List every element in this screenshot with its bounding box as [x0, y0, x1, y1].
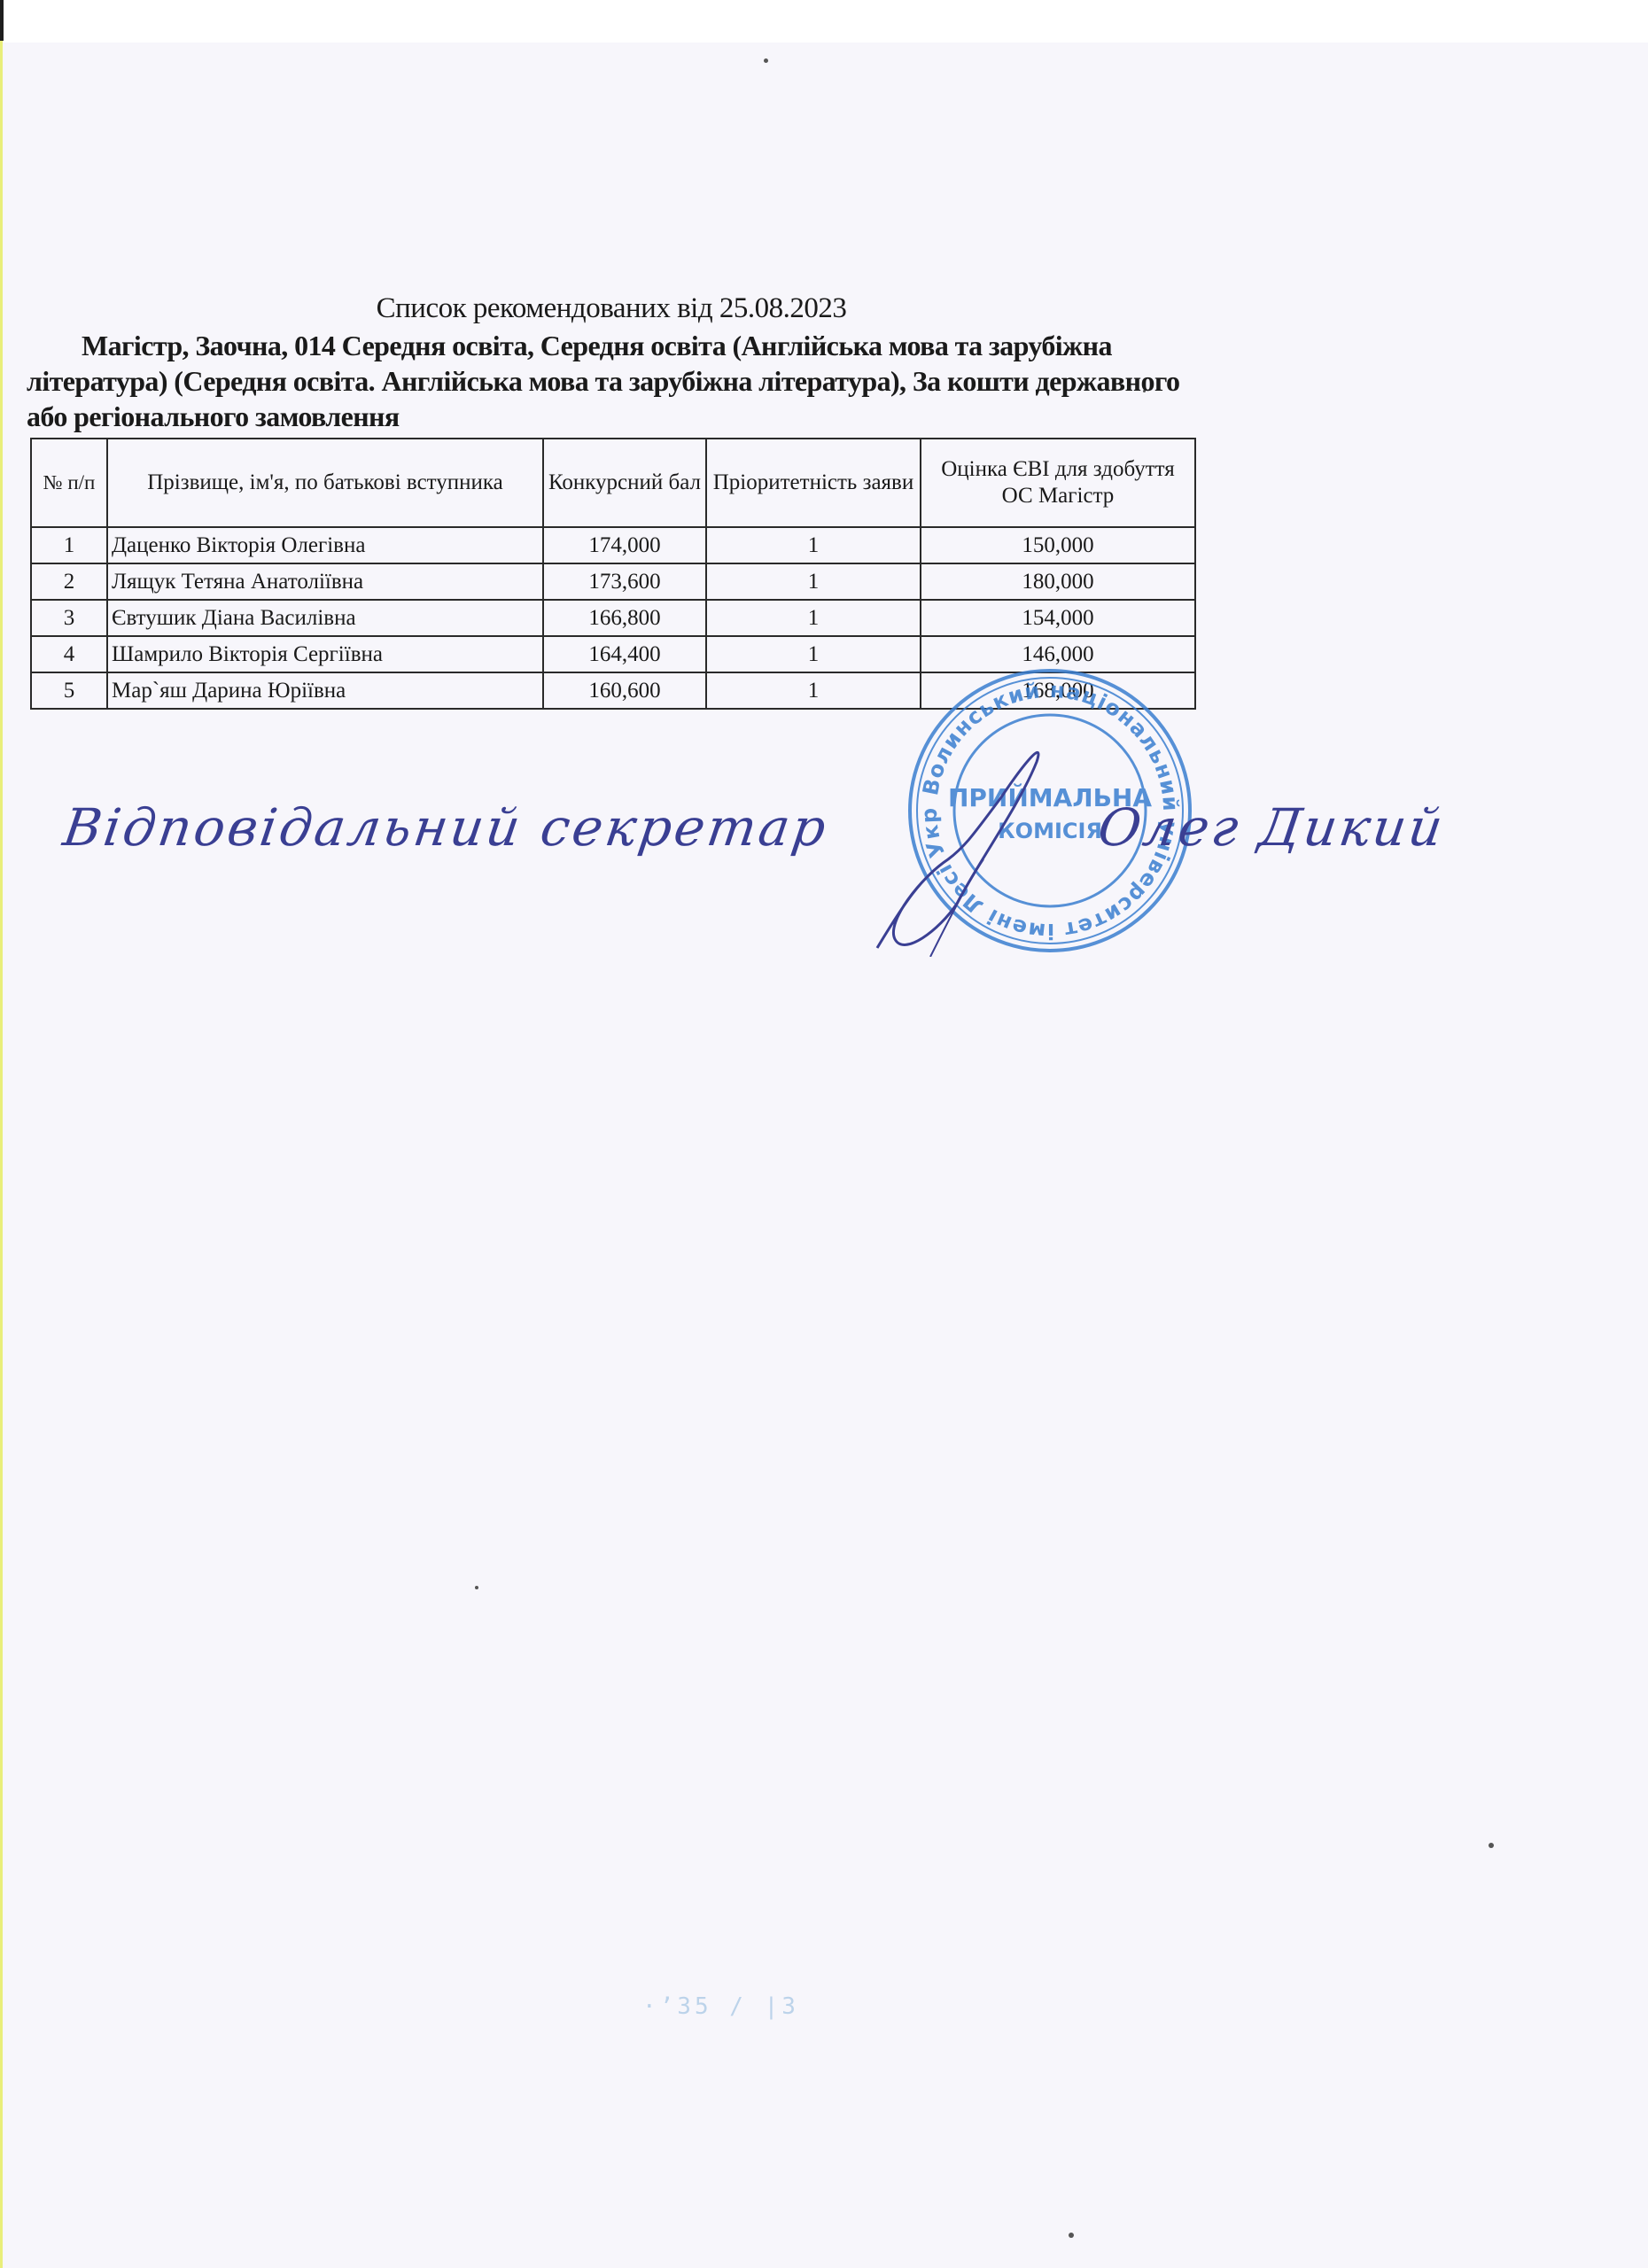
cell-name: Даценко Вікторія Олегівна [107, 527, 543, 563]
header-evi: Оцінка ЄВІ для здобуття ОС Магістр [921, 439, 1195, 527]
header-score: Конкурсний бал [543, 439, 706, 527]
cell-evi: 154,000 [921, 600, 1195, 636]
header-name: Прізвище, ім'я, по батькові вступника [107, 439, 543, 527]
cell-evi: 150,000 [921, 527, 1195, 563]
scan-speck [475, 1586, 478, 1589]
cell-score: 174,000 [543, 527, 706, 563]
table-row: 2 Лящук Тетяна Анатоліївна 173,600 1 180… [31, 563, 1195, 600]
cell-score: 166,800 [543, 600, 706, 636]
cell-name: Євтушик Діана Василівна [107, 600, 543, 636]
faint-ink-mark: ·ʼ35 ∕ |3 [642, 1993, 799, 2020]
cell-name: Лящук Тетяна Анатоліївна [107, 563, 543, 600]
cell-number: 3 [31, 600, 107, 636]
table-row: 3 Євтушик Діана Василівна 166,800 1 154,… [31, 600, 1195, 636]
signature-icon [868, 726, 1099, 957]
table-row: 1 Даценко Вікторія Олегівна 174,000 1 15… [31, 527, 1195, 563]
header-priority: Пріоритетність заяви [706, 439, 921, 527]
cell-priority: 1 [706, 636, 921, 672]
table-header-row: № п/п Прізвище, ім'я, по батькові вступн… [31, 439, 1195, 527]
scan-edge-highlight [0, 41, 3, 2268]
scan-speck [1069, 2233, 1074, 2238]
cell-evi: 180,000 [921, 563, 1195, 600]
cell-priority: 1 [706, 600, 921, 636]
document-subtitle: Магістр, Заочна, 014 Середня освіта, Сер… [27, 328, 1196, 434]
cell-name: Шамрило Вікторія Сергіївна [107, 636, 543, 672]
scan-speck [764, 58, 768, 63]
cell-number: 2 [31, 563, 107, 600]
cell-score: 173,600 [543, 563, 706, 600]
cell-score: 160,600 [543, 672, 706, 709]
cell-priority: 1 [706, 563, 921, 600]
scan-edge-shadow [0, 0, 4, 41]
header-number: № п/п [31, 439, 107, 527]
handwritten-role: Відповідальний секретар [59, 797, 832, 858]
scan-top-margin [0, 0, 1648, 43]
cell-number: 4 [31, 636, 107, 672]
cell-name: Мар`яш Дарина Юріївна [107, 672, 543, 709]
cell-priority: 1 [706, 672, 921, 709]
cell-number: 1 [31, 527, 107, 563]
cell-score: 164,400 [543, 636, 706, 672]
handwritten-name: Олег Дикий [1094, 797, 1449, 858]
cell-priority: 1 [706, 527, 921, 563]
cell-number: 5 [31, 672, 107, 709]
scan-speck [1489, 1843, 1494, 1848]
document-title: Список рекомендованих від 25.08.2023 [0, 292, 1223, 325]
